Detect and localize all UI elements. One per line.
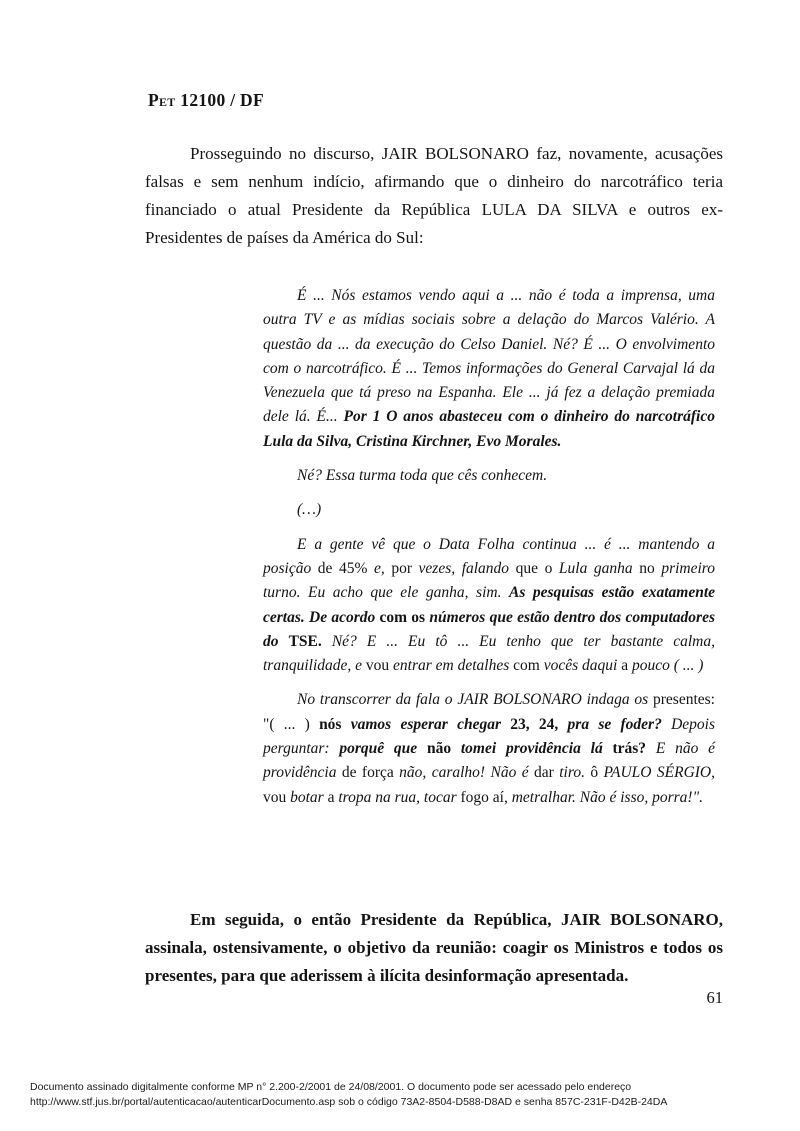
quote-paragraph-3: (…) xyxy=(263,498,715,522)
footer-line-2: http://www.stf.jus.br/portal/autenticaca… xyxy=(30,1095,770,1110)
text-segment: botar xyxy=(290,789,327,806)
quote-paragraph-2: Né? Essa turma toda que cês conhecem. xyxy=(263,464,715,488)
case-number-header: Pet 12100 / DF xyxy=(148,90,264,111)
text-segment: a xyxy=(621,657,632,674)
text-segment: ô xyxy=(590,764,603,781)
text-segment: não, caralho! Não é xyxy=(399,764,534,781)
text-segment: 23, 24, xyxy=(510,716,567,733)
text-segment: Lula ganha xyxy=(559,560,639,577)
text-segment: pouco ( ... ) xyxy=(632,657,703,674)
text-segment: não xyxy=(427,740,461,757)
text-segment: porquê que xyxy=(339,740,427,757)
text-segment: vamos esperar chegar xyxy=(351,716,511,733)
text-segment: no xyxy=(639,560,661,577)
digital-signature-footer: Documento assinado digitalmente conforme… xyxy=(30,1080,770,1110)
document-page: Pet 12100 / DF Prosseguindo no discurso,… xyxy=(0,0,800,1131)
text-segment: É ... Nós estamos vendo aqui a ... não é… xyxy=(263,287,715,425)
transcript-quote-block: É ... Nós estamos vendo aqui a ... não é… xyxy=(263,284,715,820)
text-segment: entrar em detalhes xyxy=(393,657,513,674)
quote-paragraph-1: É ... Nós estamos vendo aqui a ... não é… xyxy=(263,284,715,454)
closing-paragraph: Em seguida, o então Presidente da Repúbl… xyxy=(145,906,723,990)
text-segment: tomei providência lá xyxy=(461,740,613,757)
footer-line-1: Documento assinado digitalmente conforme… xyxy=(30,1080,770,1095)
text-segment: vou xyxy=(366,657,393,674)
text-segment: TSE. xyxy=(289,633,332,650)
text-segment: a xyxy=(328,789,339,806)
text-segment: PAULO SÉRGIO, xyxy=(604,764,715,781)
text-segment: tiro. xyxy=(559,764,590,781)
text-segment: fogo aí, xyxy=(461,789,512,806)
text-segment: com os xyxy=(380,609,430,626)
text-segment: vocês daqui xyxy=(544,657,621,674)
text-segment: pra se foder? xyxy=(568,716,672,733)
text-segment: metralhar. Não é isso, porra!". xyxy=(512,789,703,806)
quote-paragraph-4: E a gente vê que o Data Folha continua .… xyxy=(263,533,715,679)
text-segment: com xyxy=(513,657,544,674)
page-number: 61 xyxy=(145,988,723,1008)
text-segment: vezes, falando xyxy=(419,560,516,577)
text-segment: No transcorrer da fala o JAIR BOLSONARO … xyxy=(297,691,653,708)
text-segment: trás? xyxy=(612,740,655,757)
text-segment: de força xyxy=(342,764,399,781)
intro-section: Prosseguindo no discurso, JAIR BOLSONARO… xyxy=(145,140,723,252)
text-segment: e, xyxy=(374,560,391,577)
text-segment: tropa na rua, tocar xyxy=(338,789,460,806)
intro-paragraph: Prosseguindo no discurso, JAIR BOLSONARO… xyxy=(145,140,723,252)
closing-section: Em seguida, o então Presidente da Repúbl… xyxy=(145,906,723,990)
text-segment: nós xyxy=(319,716,351,733)
quote-paragraph-5: No transcorrer da fala o JAIR BOLSONARO … xyxy=(263,688,715,809)
text-segment: que o xyxy=(516,560,559,577)
text-segment: dar xyxy=(534,764,559,781)
text-segment: vou xyxy=(263,789,290,806)
text-segment: de 45% xyxy=(318,560,374,577)
text-segment: por xyxy=(391,560,418,577)
